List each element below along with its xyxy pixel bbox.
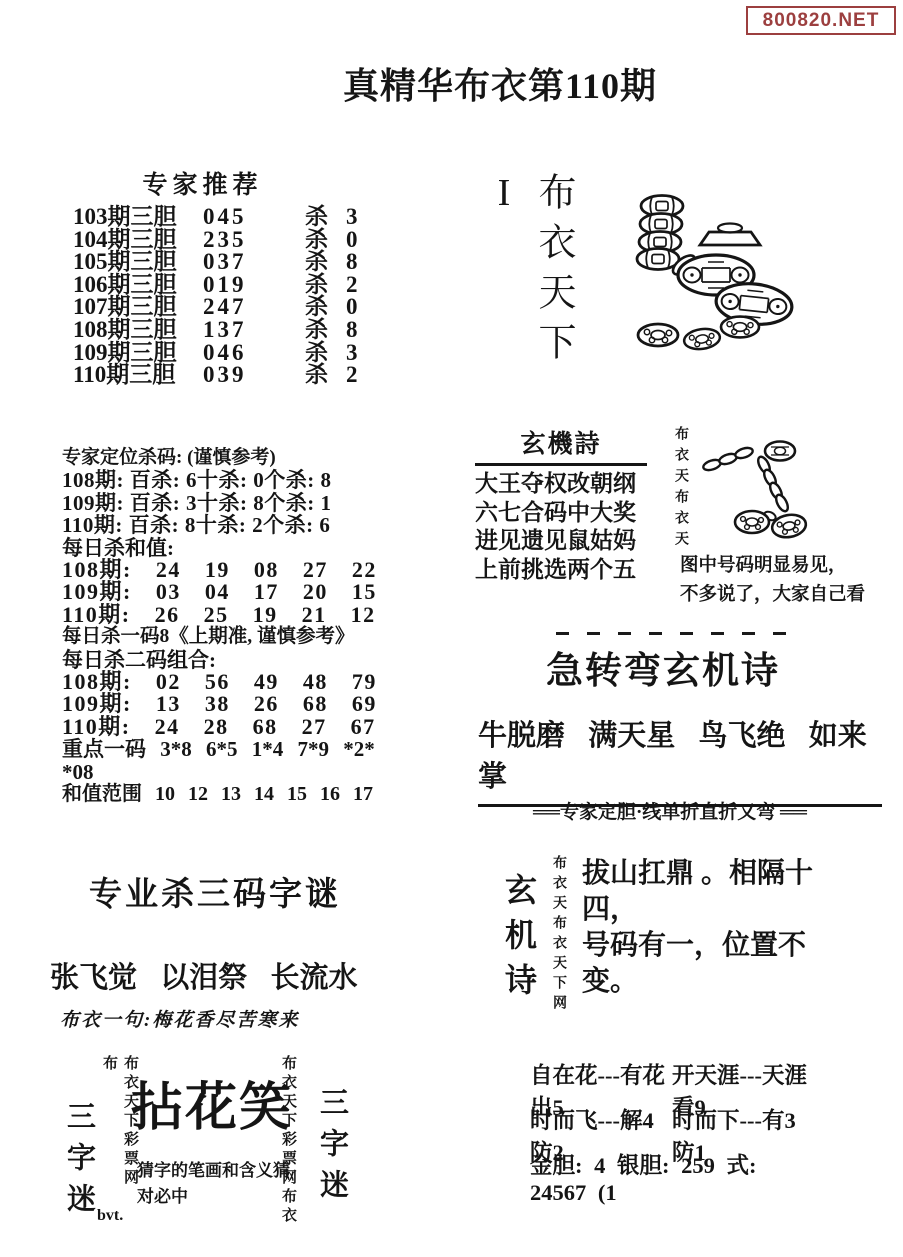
table-row: 105期三胆037杀8 xyxy=(73,251,373,274)
poem-line: 号码有一，位置不变。 xyxy=(582,928,857,1000)
bottom-right-solutions: 自在花---有花出5 开天涯---天涯看9 时而飞---解4防2 时而下---有… xyxy=(530,1058,814,1193)
row-period: 105期三胆 xyxy=(73,251,203,274)
row-code: 046 xyxy=(203,342,271,365)
print-artifact-dashes xyxy=(556,632,788,635)
xuanji2-poem-text: 拔山扛鼎 。相隔十四， 号码有一，位置不变。 xyxy=(582,856,857,1000)
row-kill-label: 杀 xyxy=(305,229,328,252)
hint-line: 图中号码明显易见， xyxy=(680,552,865,581)
daily-sum-row: 108期: 24 19 08 27 22 xyxy=(62,559,392,581)
kill-three-riddle-line: 张飞觉 以泪祭 长流水 xyxy=(50,955,380,996)
row-kill-label: 杀 xyxy=(305,296,328,319)
two-code-heading: 每日杀二码组合: xyxy=(62,649,392,671)
solution-item: 自在花---有花出5 xyxy=(530,1058,672,1103)
row-code: 235 xyxy=(203,229,271,252)
row-period: 106期三胆 xyxy=(73,274,203,297)
daily-sum-row: 110期: 26 25 19 21 12 xyxy=(62,604,392,626)
table-row: 104期三胆235杀0 xyxy=(73,229,373,252)
page-title: 真精华布衣第110期 xyxy=(300,58,700,109)
expert-recommend-heading: 专家推荐 xyxy=(60,165,345,201)
gold-silver-dan-line: 金胆: 4 银胆: 259 式: 24567 (1 xyxy=(530,1148,814,1193)
row-code: 137 xyxy=(203,319,271,342)
row-period: 103期三胆 xyxy=(73,206,203,229)
three-char-riddle-label-right: 三字迷 xyxy=(312,1087,353,1247)
xuanji2-vertical-title: 玄机诗 xyxy=(496,873,542,1023)
row-kill-label: 杀 xyxy=(305,274,328,297)
poem-line: 拔山扛鼎 。相隔十四， xyxy=(582,856,857,928)
buyi-sentence-note: 布衣一句:梅花香尽苦寒来 xyxy=(60,1005,299,1032)
row-kill-num: 2 xyxy=(346,274,358,297)
position-kill-row: 108期: 百杀: 6十杀: 0个杀: 8 xyxy=(62,469,392,491)
row-kill-num: 2 xyxy=(346,364,358,387)
coin-chain-illustration xyxy=(700,438,820,543)
solution-row: 自在花---有花出5 开天涯---天涯看9 xyxy=(530,1058,814,1103)
row-kill-num: 0 xyxy=(346,229,358,252)
row-period: 109期三胆 xyxy=(73,342,203,365)
row-period: 108期三胆 xyxy=(73,319,203,342)
table-row: 106期三胆019杀2 xyxy=(73,274,373,297)
sharp-turn-riddle-line: 牛脱磨 满天星 鸟飞绝 如来掌 xyxy=(478,713,882,807)
poem-line: 上前挑选两个五 xyxy=(475,556,647,585)
table-row: 108期三胆137杀8 xyxy=(73,319,373,342)
table-row: 110期三胆039杀2 xyxy=(73,364,373,387)
poem-line: 大王夺权改朝纲 xyxy=(475,470,647,499)
row-kill-num: 8 xyxy=(346,319,358,342)
two-code-row: 110期: 24 28 68 27 67 xyxy=(62,716,392,738)
sharp-turn-poem-title: 急转弯玄机诗 xyxy=(546,640,780,694)
row-code: 039 xyxy=(203,364,271,387)
expert-dan-divider-line: ══专家定胆·线单折直折又弯 ══ xyxy=(500,797,840,824)
expert-recommend-table: 103期三胆045杀3 104期三胆235杀0 105期三胆037杀8 106期… xyxy=(73,206,373,387)
solution-item: 开天涯---天涯看9 xyxy=(672,1058,814,1103)
lottery-sheet-page: 800820.NET 真精华布衣第110期 专家推荐 103期三胆045杀3 1… xyxy=(0,0,903,1257)
row-code: 045 xyxy=(203,206,271,229)
buyi-tianxia-vertical-label: 布衣天下I xyxy=(482,172,581,407)
row-kill-num: 3 xyxy=(346,342,358,365)
row-kill-label: 杀 xyxy=(305,251,328,274)
daily-one-code-note: 每日杀一码8《上期准, 谨慎参考》 xyxy=(62,626,392,648)
solution-row: 时而飞---解4防2 时而下---有3防1 xyxy=(530,1103,814,1148)
xuanji-poem-title: 玄機詩 xyxy=(475,424,647,466)
table-row: 109期三胆046杀3 xyxy=(73,342,373,365)
watermark-foot-text: bvt. xyxy=(97,1207,123,1225)
site-badge-label: 800820.NET xyxy=(763,10,880,32)
row-code: 019 xyxy=(203,274,271,297)
three-char-riddle-block: 三字迷 布衣天下彩票网布 bvt. 拈花笑 猜字的笔画和含义猜 对必中 布衣天下… xyxy=(35,1055,367,1255)
row-kill-label: 杀 xyxy=(305,342,328,365)
row-kill-num: 3 xyxy=(346,206,358,229)
poem-line: 进见遗见鼠姑妈 xyxy=(475,527,647,556)
watermark-vertical-right: 布衣天下彩票网布衣 xyxy=(278,1055,299,1230)
coin-snake-illustration xyxy=(592,172,864,397)
site-badge: 800820.NET xyxy=(746,6,896,35)
three-char-riddle-answer: 拈花笑 xyxy=(131,1065,293,1140)
position-kill-section: 专家定位杀码: (谨慎参考) 108期: 百杀: 6十杀: 0个杀: 8 109… xyxy=(62,447,392,806)
row-kill-label: 杀 xyxy=(305,206,328,229)
solution-item: 时而下---有3防1 xyxy=(672,1103,814,1148)
hint-line: 不多说了，大家自己看 xyxy=(680,581,865,610)
row-kill-num: 8 xyxy=(346,251,358,274)
table-row: 103期三胆045杀3 xyxy=(73,206,373,229)
daily-sum-heading: 每日杀和值: xyxy=(62,537,392,559)
illustration-hint-text: 图中号码明显易见， 不多说了，大家自己看 xyxy=(680,552,865,610)
kill-three-riddle-title: 专业杀三码字谜 xyxy=(45,868,385,915)
row-period: 104期三胆 xyxy=(73,229,203,252)
xuanji2-watermark-vertical: 布衣天布衣天下网 xyxy=(548,855,568,1050)
position-kill-row: 109期: 百杀: 3十杀: 8个杀: 1 xyxy=(62,492,392,514)
row-code: 247 xyxy=(203,296,271,319)
row-code: 037 xyxy=(203,251,271,274)
two-code-row: 108期: 02 56 49 48 79 xyxy=(62,671,392,693)
table-row: 107期三胆247杀0 xyxy=(73,296,373,319)
two-code-row: 109期: 13 38 26 68 69 xyxy=(62,693,392,715)
key-one-code-line: 重点一码 3*8 6*5 1*4 7*9 *2* *08 xyxy=(62,738,392,783)
three-char-riddle-label-left: 三字迷 xyxy=(59,1101,100,1257)
poem-line: 六七合码中大奖 xyxy=(475,499,647,528)
solution-item: 时而飞---解4防2 xyxy=(530,1103,672,1148)
row-period: 107期三胆 xyxy=(73,296,203,319)
position-kill-heading: 专家定位杀码: (谨慎参考) xyxy=(62,447,392,469)
riddle-caption-line: 猜字的笔画和含义猜 xyxy=(137,1156,290,1181)
xuanji-poem-box: 玄機詩 大王夺权改朝纲 六七合码中大奖 进见遗见鼠姑妈 上前挑选两个五 xyxy=(475,424,647,584)
position-kill-row: 110期: 百杀: 8十杀: 2个杀: 6 xyxy=(62,514,392,536)
sum-range-line: 和值范围 10 12 13 14 15 16 17 xyxy=(62,783,392,805)
row-period: 110期三胆 xyxy=(73,364,203,387)
riddle-caption-line: 对必中 xyxy=(137,1182,188,1207)
row-kill-label: 杀 xyxy=(305,364,328,387)
row-kill-num: 0 xyxy=(346,296,358,319)
row-kill-label: 杀 xyxy=(305,319,328,342)
daily-sum-row: 109期: 03 04 17 20 15 xyxy=(62,581,392,603)
